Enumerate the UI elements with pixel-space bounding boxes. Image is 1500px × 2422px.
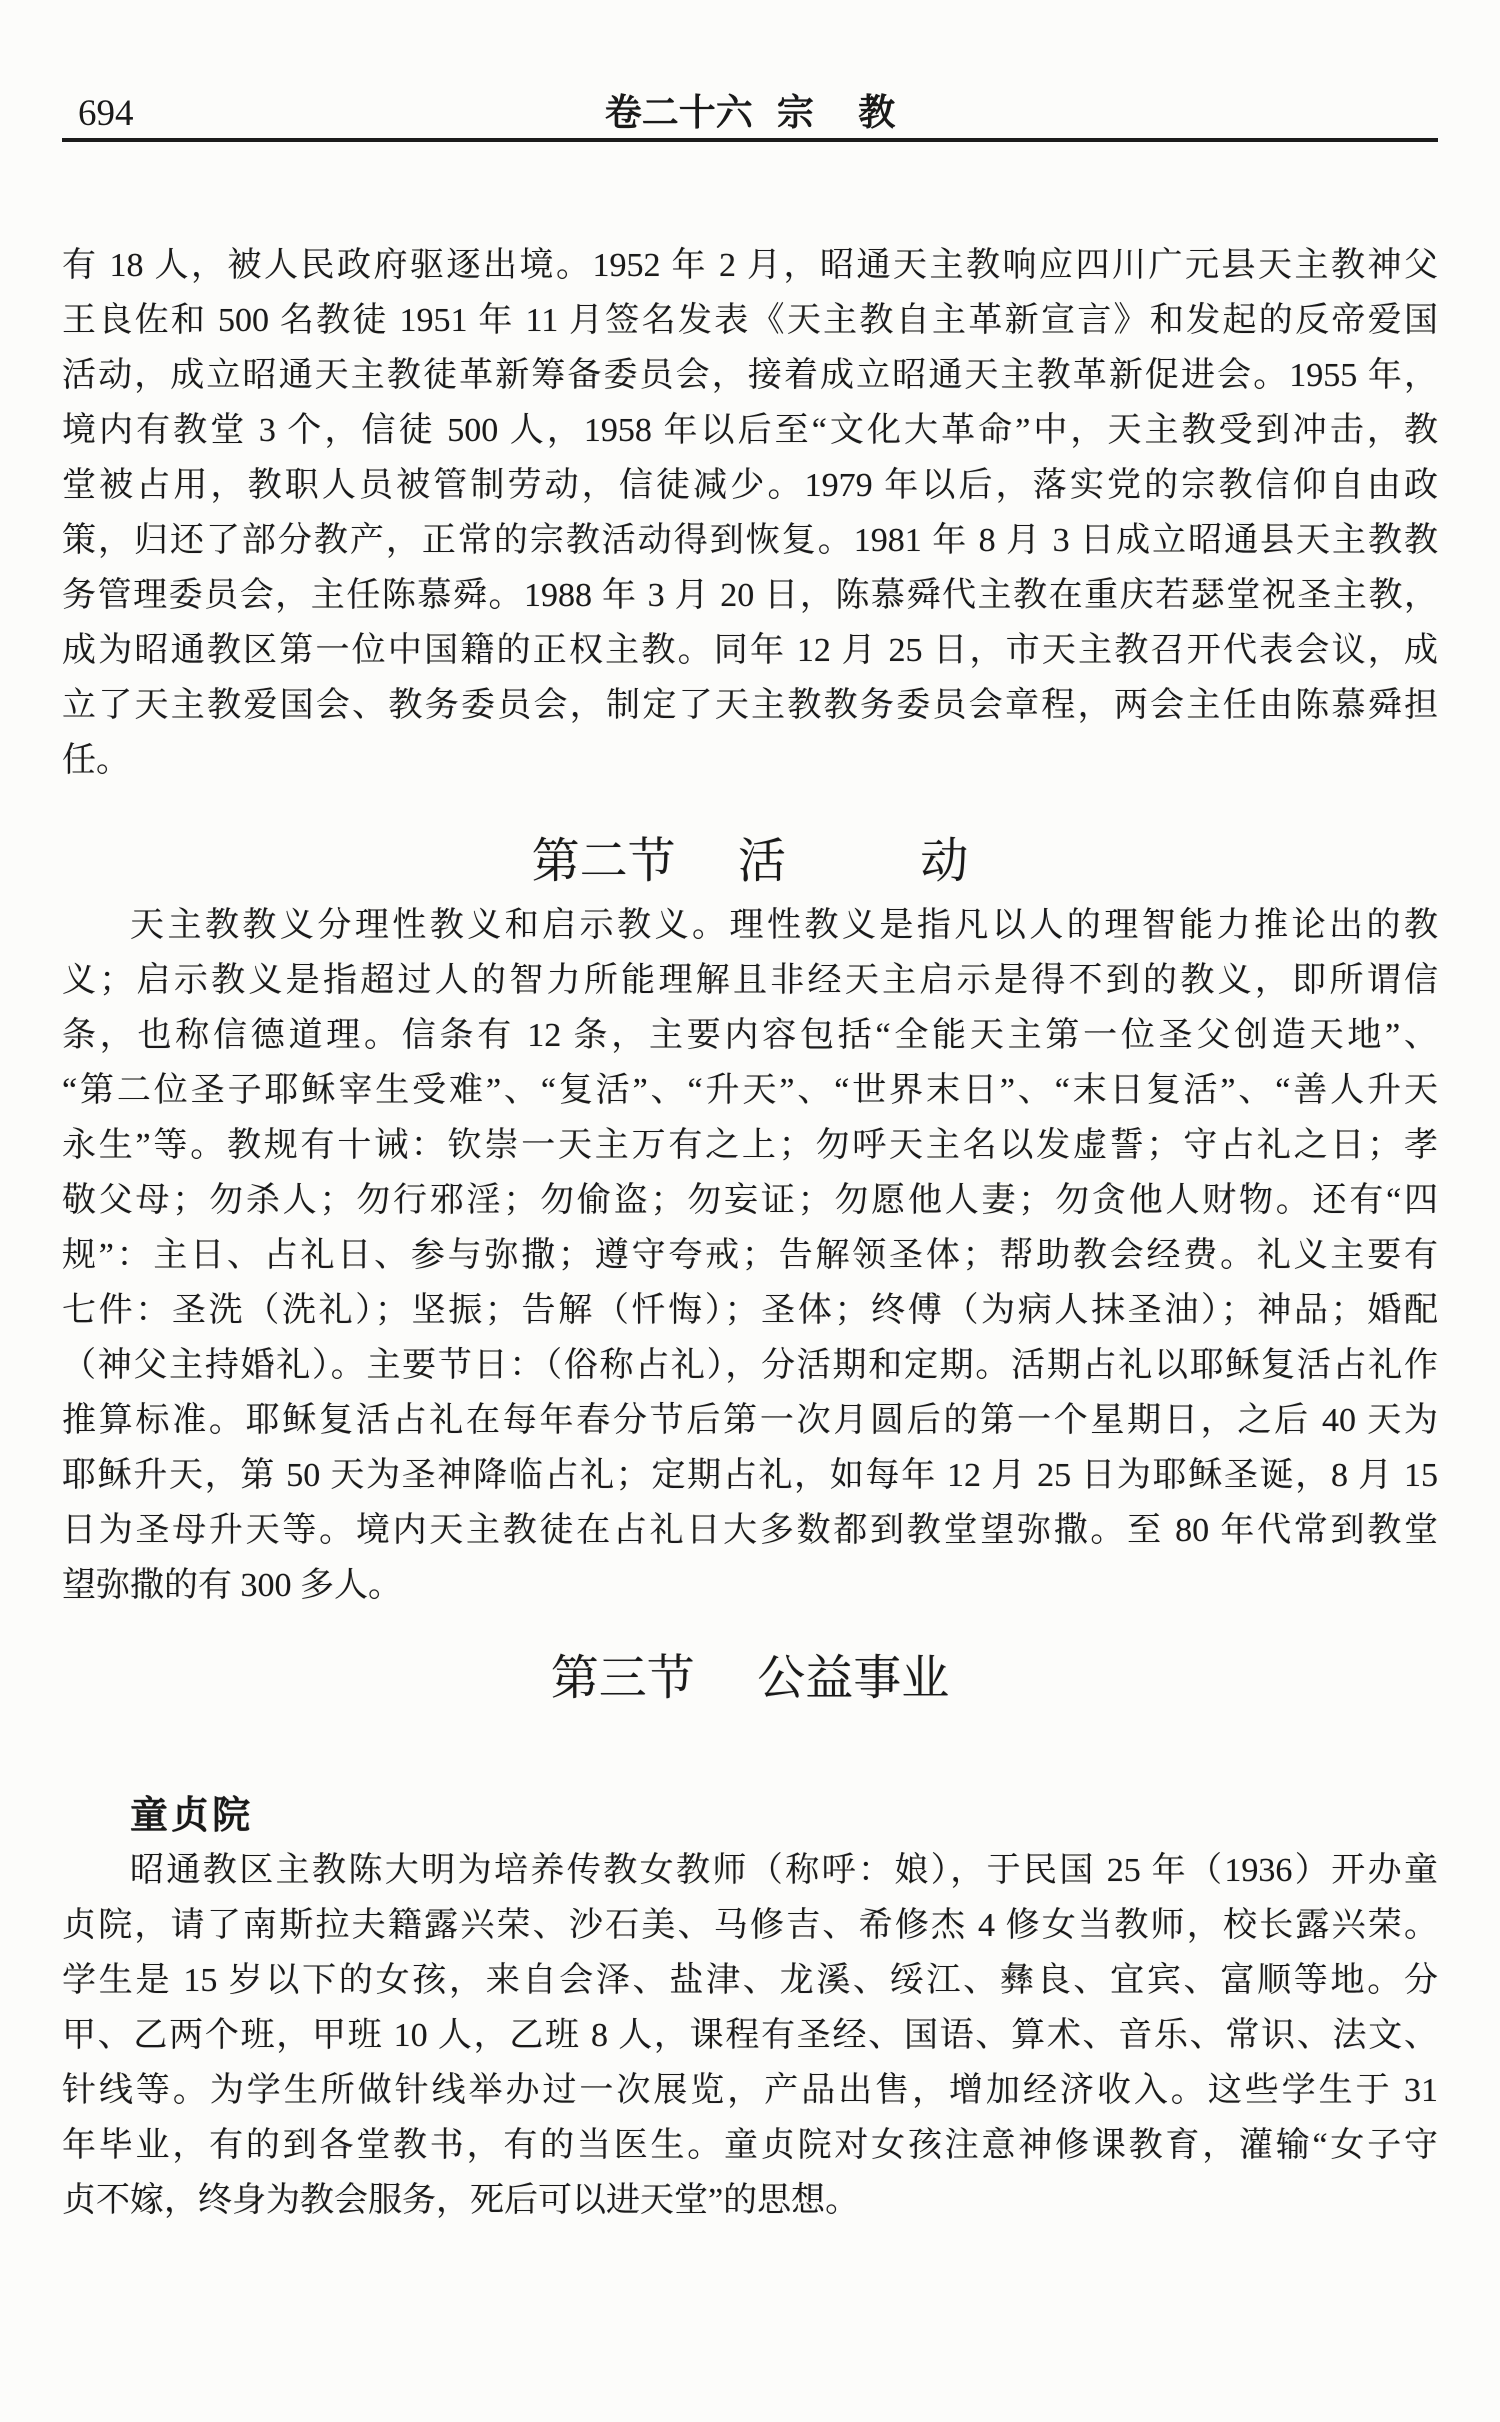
- header-rule: [62, 138, 1438, 142]
- section-2-label: 第二节: [532, 835, 676, 888]
- volume-label: 卷二十六: [605, 93, 753, 134]
- text-line: 堂被占用，教职人员被管制劳动，信徒减少。1979 年以后，落实党的宗教信仰自由政: [62, 458, 1438, 513]
- text-line: 成为昭通教区第一位中国籍的正权主教。同年 12 月 25 日，市天主教召开代表会…: [62, 623, 1438, 678]
- page-number: 694: [78, 92, 134, 136]
- text-line: 王良佐和 500 名教徒 1951 年 11 月签名发表《天主教自主革新宣言》和…: [62, 293, 1438, 348]
- text-line: 条，也称信德道理。信条有 12 条，主要内容包括“全能天主第一位圣父创造天地”、: [62, 1008, 1438, 1063]
- text-line: 策，归还了部分教产，正常的宗教活动得到恢复。1981 年 8 月 3 日成立昭通…: [62, 513, 1438, 568]
- book-page: 694 卷二十六宗教 有 18 人，被人民政府驱逐出境。1952 年 2 月，昭…: [0, 0, 1500, 2422]
- text-line: “第二位圣子耶稣宰生受难”、“复活”、“升天”、“世界末日”、“末日复活”、“善…: [62, 1063, 1438, 1118]
- paragraph-intro: 有 18 人，被人民政府驱逐出境。1952 年 2 月，昭通天主教响应四川广元县…: [62, 238, 1438, 788]
- text-line: 任。: [62, 733, 1438, 788]
- text-line: 昭通教区主教陈大明为培养传教女教师（称呼：娘），于民国 25 年（1936）开办…: [62, 1843, 1438, 1898]
- section-3-label: 第三节: [551, 1652, 695, 1705]
- text-line: 学生是 15 岁以下的女孩，来自会泽、盐津、龙溪、绥江、彝良、宜宾、富顺等地。分: [62, 1953, 1438, 2008]
- section-2-heading: 第二节活动: [62, 826, 1438, 898]
- text-line: 针线等。为学生所做针线举办过一次展览，产品出售，增加经济收入。这些学生于 31: [62, 2063, 1438, 2118]
- section-2-title: 活动: [738, 835, 1103, 888]
- text-line: 境内有教堂 3 个，信徒 500 人，1958 年以后至“文化大革命”中，天主教…: [62, 403, 1438, 458]
- section-3-title: 公益事业: [757, 1652, 949, 1705]
- section-3-heading: 第三节公益事业: [62, 1643, 1438, 1715]
- text-line: 望弥撒的有 300 多人。: [62, 1558, 1438, 1613]
- text-line: 敬父母；勿杀人；勿行邪淫；勿偷盗；勿妄证；勿愿他人妻；勿贪他人财物。还有“四: [62, 1173, 1438, 1228]
- text-line: （神父主持婚礼）。主要节日：（俗称占礼），分活期和定期。活期占礼以耶稣复活占礼作: [62, 1338, 1438, 1393]
- text-line: 义；启示教义是指超过人的智力所能理解且非经天主启示是得不到的教义，即所谓信: [62, 953, 1438, 1008]
- text-line: 活动，成立昭通天主教徒革新筹备委员会，接着成立昭通天主教革新促进会。1955 年…: [62, 348, 1438, 403]
- subject-label: 宗教: [777, 93, 940, 134]
- text-line: 立了天主教爱国会、教务委员会，制定了天主教教务委员会章程，两会主任由陈慕舜担: [62, 678, 1438, 733]
- page-header: 694 卷二十六宗教: [62, 0, 1438, 136]
- text-line: 甲、乙两个班，甲班 10 人，乙班 8 人，课程有圣经、国语、算术、音乐、常识、…: [62, 2008, 1438, 2063]
- text-line: 贞不嫁，终身为教会服务，死后可以进天堂”的思想。: [62, 2173, 1438, 2228]
- text-line: 耶稣升天，第 50 天为圣神降临占礼；定期占礼，如每年 12 月 25 日为耶稣…: [62, 1448, 1438, 1503]
- text-line: 推算标准。耶稣复活占礼在每年春分节后第一次月圆后的第一个星期日，之后 40 天为: [62, 1393, 1438, 1448]
- text-line: 贞院，请了南斯拉夫籍露兴荣、沙石美、马修吉、希修杰 4 修女当教师，校长露兴荣。: [62, 1898, 1438, 1953]
- running-title: 卷二十六宗教: [605, 92, 895, 136]
- paragraph-tongzhenyuan: 昭通教区主教陈大明为培养传教女教师（称呼：娘），于民国 25 年（1936）开办…: [62, 1843, 1438, 2228]
- paragraph-activities: 天主教教义分理性教义和启示教义。理性教义是指凡以人的理智能力推论出的教义；启示教…: [62, 898, 1438, 1613]
- text-column: 有 18 人，被人民政府驱逐出境。1952 年 2 月，昭通天主教响应四川广元县…: [62, 238, 1438, 2228]
- text-line: 规”：主日、占礼日、参与弥撒；遵守夸戒；告解领圣体；帮助教会经费。礼义主要有: [62, 1228, 1438, 1283]
- text-line: 日为圣母升天等。境内天主教徒在占礼日大多数都到教堂望弥撒。至 80 年代常到教堂: [62, 1503, 1438, 1558]
- text-line: 有 18 人，被人民政府驱逐出境。1952 年 2 月，昭通天主教响应四川广元县…: [62, 238, 1438, 293]
- text-line: 永生”等。教规有十诫：钦崇一天主万有之上；勿呼天主名以发虚誓；守占礼之日；孝: [62, 1118, 1438, 1173]
- text-line: 务管理委员会，主任陈慕舜。1988 年 3 月 20 日，陈慕舜代主教在重庆若瑟…: [62, 568, 1438, 623]
- text-line: 七件：圣洗（洗礼）；坚振；告解（忏悔）；圣体；终傅（为病人抹圣油）；神品；婚配: [62, 1283, 1438, 1338]
- subheading-tongzhenyuan: 童贞院: [130, 1791, 1438, 1841]
- text-line: 年毕业，有的到各堂教书，有的当医生。童贞院对女孩注意神修课教育，灌输“女子守: [62, 2118, 1438, 2173]
- text-line: 天主教教义分理性教义和启示教义。理性教义是指凡以人的理智能力推论出的教: [62, 898, 1438, 953]
